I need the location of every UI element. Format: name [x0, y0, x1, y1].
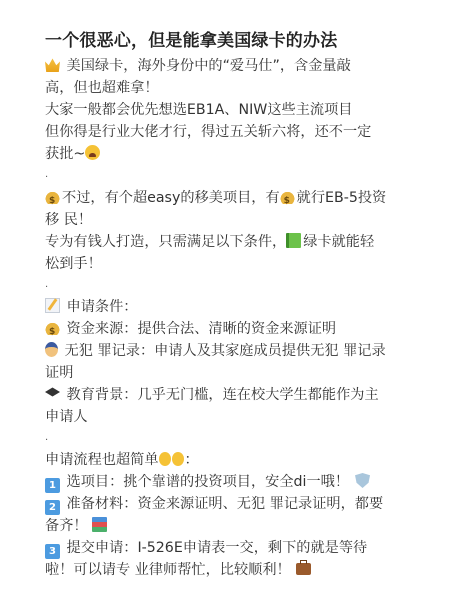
post-page: 一个很恶心，但是能拿美国绿卡的办法 美国绿卡，海外身份中的“爱马仕”，含金量敲 … — [0, 0, 449, 600]
crown-icon — [45, 57, 60, 72]
text-line: 大家一般都会优先想选EB1A、NIW这些主流项目 — [45, 101, 352, 119]
money-bag-icon — [280, 189, 295, 204]
books-icon — [92, 517, 107, 532]
point-down-icon — [172, 452, 184, 466]
money-bag-icon — [45, 189, 60, 204]
text-line: 啦！可以请专 业律师帮忙，比较顺利！ — [45, 561, 313, 579]
text-line: 申请人 — [45, 408, 88, 426]
text-line: 申请条件： — [45, 298, 137, 316]
line-text: 提交申请：I-526E申请表一交，剩下的就是等待 — [62, 540, 367, 556]
dot-separator: . — [45, 280, 48, 290]
keycap-3-icon: 3 — [45, 544, 60, 559]
line-text: 啦！可以请专 业律师帮忙，比较顺利！ — [45, 562, 291, 578]
line-text: 教育背景：几乎无门槛，连在校大学生都能作为主 — [62, 387, 379, 403]
line-text: 无犯 罪记录：申请人及其家庭成员提供无犯 罪记录 — [60, 343, 386, 359]
text-line: 美国绿卡，海外身份中的“爱马仕”，含金量敲 — [45, 57, 351, 75]
line-text: 松到手！ — [45, 256, 102, 272]
line-text: 证明 — [45, 365, 73, 381]
line-text: 就行EB-5投资 — [297, 190, 387, 206]
line-text: 绿卡就能轻 — [303, 234, 374, 250]
text-line: 不过，有个超easy的移美项目，有就行EB-5投资 — [45, 189, 386, 207]
memo-icon — [45, 298, 60, 313]
text-line: 3 提交申请：I-526E申请表一交，剩下的就是等待 — [45, 539, 367, 559]
text-line: 资金来源：提供合法、清晰的资金来源证明 — [45, 320, 336, 338]
keycap-2-icon: 2 — [45, 500, 60, 515]
line-text: 获批~ — [45, 146, 85, 162]
text-line: 证明 — [45, 364, 73, 382]
line-text: 高，但也超难拿！ — [45, 80, 159, 96]
briefcase-icon — [296, 563, 311, 575]
text-line: 教育背景：几乎无门槛，连在校大学生都能作为主 — [45, 386, 379, 404]
dot-separator: . — [45, 433, 48, 443]
shield-icon — [355, 473, 370, 488]
line-text: 申请人 — [45, 409, 88, 425]
post-title: 一个很恶心，但是能拿美国绿卡的办法 — [45, 26, 337, 51]
text-line: 1 选项目：挑个靠谱的投资项目，安全di一哦！ — [45, 473, 372, 493]
text-line: 备齐！ — [45, 517, 109, 535]
text-line: 移 民！ — [45, 211, 92, 229]
text-line: 专为有钱人打造，只需满足以下条件，绿卡就能轻 — [45, 233, 374, 251]
point-down-icon — [159, 452, 171, 466]
line-text: 申请条件： — [62, 299, 137, 315]
money-bag-icon — [45, 320, 60, 335]
line-text: 申请流程也超简单 — [45, 452, 159, 468]
line-text: 移 民！ — [45, 212, 92, 228]
line-text: 美国绿卡，海外身份中的“爱马仕”，含金量敲 — [62, 58, 351, 74]
line-text: 但你得是行业大佬才行，得过五关斩六将，还不一定 — [45, 124, 371, 140]
line-text: ： — [185, 452, 199, 468]
text-line: 获批~ — [45, 145, 102, 163]
line-text: 选项目：挑个靠谱的投资项目，安全di一哦！ — [62, 474, 349, 490]
text-line: 无犯 罪记录：申请人及其家庭成员提供无犯 罪记录 — [45, 342, 386, 360]
text-line: 但你得是行业大佬才行，得过五关斩六将，还不一定 — [45, 123, 371, 141]
line-text: 准备材料：资金来源证明、无犯 罪记录证明，都要 — [62, 496, 383, 512]
weary-face-icon — [85, 145, 100, 160]
text-line: 松到手！ — [45, 255, 102, 273]
graduation-cap-icon — [45, 386, 60, 401]
text-line: 高，但也超难拿！ — [45, 79, 159, 97]
line-text: 大家一般都会优先想选EB1A、NIW这些主流项目 — [45, 102, 352, 118]
dot-separator: . — [45, 170, 48, 180]
line-text: 专为有钱人打造，只需满足以下条件， — [45, 234, 286, 250]
green-book-icon — [286, 233, 301, 248]
keycap-1-icon: 1 — [45, 478, 60, 493]
line-text: 资金来源：提供合法、清晰的资金来源证明 — [62, 321, 336, 337]
line-text: 不过，有个超easy的移美项目，有 — [62, 190, 280, 206]
police-officer-icon — [45, 342, 58, 357]
line-text: 备齐！ — [45, 518, 88, 534]
text-line: 申请流程也超简单： — [45, 451, 199, 469]
text-line: 2 准备材料：资金来源证明、无犯 罪记录证明，都要 — [45, 495, 383, 515]
